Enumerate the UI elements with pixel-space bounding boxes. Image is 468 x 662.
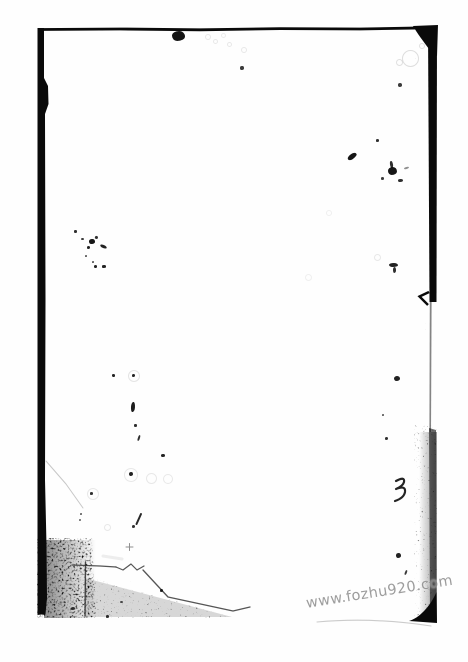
- ink-speck: [398, 179, 403, 182]
- check-mark: [137, 514, 142, 524]
- faint-ring-mark: [163, 474, 173, 484]
- faint-ring-mark: [124, 468, 138, 482]
- ink-speck: [71, 607, 75, 610]
- faint-ring-mark: [396, 59, 403, 66]
- ink-speck: [112, 374, 115, 377]
- ink-speck: [131, 402, 135, 412]
- scanned-book-page: www.fozhu920.com: [0, 0, 468, 662]
- grain-layer: [37, 30, 437, 620]
- ink-speck: [393, 267, 396, 273]
- pencil-vertical-line: [85, 562, 86, 616]
- ink-speck: [89, 239, 95, 244]
- ink-speck: [85, 255, 87, 257]
- ink-speck: [161, 454, 165, 457]
- smudge-dash: [103, 556, 122, 559]
- ink-speck: [102, 265, 106, 268]
- ink-speck: [381, 177, 384, 180]
- ink-speck: [376, 139, 379, 142]
- faint-ring-mark: [221, 33, 226, 38]
- faint-ring-mark: [241, 47, 247, 53]
- ink-speck: [120, 601, 123, 603]
- faint-ring-mark: [402, 50, 419, 67]
- scan-artwork: [0, 0, 468, 662]
- squiggle-mark: [395, 479, 405, 501]
- faint-ring-mark: [305, 274, 312, 281]
- right-border-bar: [428, 26, 437, 302]
- ink-speck: [74, 230, 77, 233]
- left-border-bar: [38, 28, 49, 615]
- ink-speck: [81, 238, 84, 240]
- ink-speck: [240, 66, 244, 70]
- ink-speck: [79, 519, 81, 521]
- ink-speck: [106, 615, 109, 618]
- faint-ring-mark: [128, 370, 140, 382]
- faint-ring-mark: [205, 34, 211, 40]
- top-border-line: [40, 28, 428, 30]
- ink-speck: [134, 424, 137, 427]
- ink-speck: [92, 261, 94, 263]
- pencil-scribble: [116, 564, 144, 570]
- ink-speck: [80, 513, 82, 515]
- ink-speck: [382, 414, 384, 416]
- grain-right-upper: [421, 300, 434, 430]
- frame-layer: [38, 25, 439, 623]
- faint-ring-mark: [419, 43, 425, 49]
- plus-mark: [126, 544, 133, 551]
- faint-ring-mark: [213, 39, 218, 44]
- ink-speck: [398, 83, 402, 87]
- ink-speck: [396, 553, 401, 558]
- faint-ring-mark: [374, 254, 381, 261]
- faint-ring-mark: [87, 488, 99, 500]
- faint-ring-mark: [227, 42, 232, 47]
- faint-ring-mark: [104, 524, 111, 531]
- ink-speck: [94, 265, 97, 268]
- scratch-line: [46, 461, 83, 508]
- faint-ring-mark: [146, 473, 157, 484]
- faint-ring-mark: [326, 210, 332, 216]
